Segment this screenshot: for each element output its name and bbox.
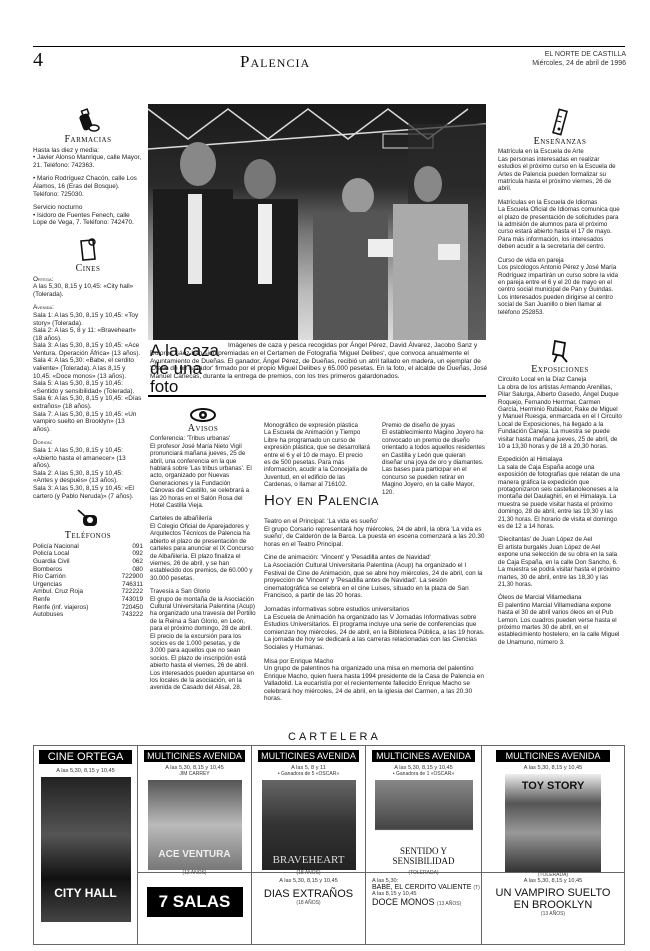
notice-body: El grupo de montaña de la Asociación Cul… [150,596,256,692]
phone-number: 062 [132,558,143,566]
notice-heading: Expedición al Himalaya [498,456,622,463]
night-service-label: Servicio nocturno [33,204,143,212]
bottom-listing: A las 5,30, 8,15 y 10,45 UN VAMPIRO SUEL… [482,873,624,944]
phone-number: 746311 [122,581,143,589]
notice-heading: Travesía a San Glorio [150,588,256,595]
section-title: Palencia [240,52,310,72]
cinema-listing: Sala 2: A las 5,30, 8,15 y 10,45: «Antes… [33,470,143,485]
phone-number: 080 [132,566,143,574]
cines-heading: Cines [33,265,143,273]
cinema-listing: A las 5,30, 8,15 y 10,45: «City hall» (T… [33,283,143,298]
phone-row: Autobuses743222 [33,611,143,619]
award-photo [148,104,486,340]
ruler-pencil-icon [498,108,622,136]
phone-number: 722900 [122,573,143,581]
farmacia-item: • Mario Rodríguez Chacón, calle Los Álam… [33,175,143,198]
showtimes: A las 5,30, 8,15 y 10,45 [252,878,365,884]
notice-heading: Matrículas en la Escuela de Idiomas [498,199,622,206]
notice-body: Las personas interesadas en realizar est… [498,156,622,193]
phone-row: Ambul. Cruz Roja722222 [33,588,143,596]
poster-note: • Ganadora de 5 «OSCAR» [252,771,365,777]
notice-body: El artista burgalés Juan López de Ael ex… [498,544,622,588]
phone-name: Renfe (inf. viajeros) [33,604,88,612]
poster-title: ACE VENTURA [148,849,242,860]
film-title: UN VAMPIRO SUELTO EN BROOKLYN [482,887,624,911]
age-rating: (18 AÑOS) [252,900,365,906]
poster-title: BRAVEHEART [262,854,356,866]
cinema-name: MULTICINES AVENIDA [144,750,246,762]
phone-name: Renfe [33,596,50,604]
notice-heading: Carteles de albañilería [150,515,256,522]
film-title: BABE, EL CERDITO VALIENTE [372,884,471,891]
event-heading: Teatro en el Principal: 'La vida es sueñ… [264,518,486,526]
phone-name: Policía Nacional [33,543,79,551]
phone-number: 743222 [122,611,143,619]
poster-note: • Ganadora de 1 «OSCAR» [366,771,481,777]
phone-name: Policía Local [33,550,69,558]
right-column: Enseñanzas Matrícula en la Escuela de Ar… [498,104,622,652]
event-heading: Misa por Enrique Macho [264,658,486,666]
event-body: Un grupo de palentinos ha organizado una… [264,665,486,703]
cinema-name: CINE ORTEGA [39,750,132,764]
phone-row: Guardia Civil062 [33,558,143,566]
phone-number: 743019 [122,596,143,604]
poster-title: TOY STORY [505,780,601,792]
poster-note: JIM CARREY [138,771,251,777]
notice-heading: Premio de diseño de joyas [382,422,486,429]
eye-icon [150,407,256,423]
event-body: El grupo Corsario representará hoy miérc… [264,526,486,549]
notice-body: El profesor José María Nieto Vigil pronu… [150,443,256,510]
exposiciones-heading: Exposiciones [498,366,622,373]
notice-body: La Escuela Oficial de Idiomas comunica q… [498,206,622,250]
notice-body: La Escuela de Animación y Tiempo Libre h… [264,429,370,488]
notice-body: El establecimiento Magino Joyero ha conv… [382,429,486,496]
age-rating: (13 AÑOS) [482,911,624,917]
hoy-column: Teatro en el Principal: 'La vida es sueñ… [264,518,486,709]
ace-ventura-poster: ACE VENTURA [148,780,242,870]
toy-story-poster: TOY STORY [505,774,601,872]
cinema-listing: Sala 1: A las 5,30, 8,15 y 10,45: «Abier… [33,447,143,470]
farmacias-intro: Hasta las diez y media: [33,147,143,155]
salas-box: 7 SALAS [138,873,252,944]
showtimes: A las 5,30, 8,15 y 10,45 [482,765,624,771]
phone-row: Bomberos080 [33,566,143,574]
photo-caption: Imágenes de caza y pesca recogidas por Á… [150,342,488,381]
avenida-listing: MULTICINES AVENIDA A las 5, 8 y 11 • Gan… [252,746,366,873]
section-rule [148,395,486,397]
pharmacy-icon [33,108,143,134]
header-rule [33,46,625,47]
city-hall-poster: CITY HALL [41,777,131,922]
event-body: La Escuela de Animación ha organizado la… [264,614,486,652]
farmacia-item: • Isidoro de Fuentes Fenech, calle Lope … [33,212,143,227]
avisos-column: Avisos Conferencia: 'Tribus urbanas'El p… [150,403,256,698]
phone-row: Urgencias746311 [33,581,143,589]
phone-row: Policía Local092 [33,550,143,558]
phone-name: Urgencias [33,581,62,589]
avenida-listing: MULTICINES AVENIDA A las 5,30, 8,15 y 10… [482,746,624,873]
notice-heading: Conferencia: 'Tribus urbanas' [150,435,256,442]
sentido-sensibilidad-poster: SENTIDO Y SENSIBILIDAD [375,780,473,870]
notice-body: La sala de Caja España acoge una exposic… [498,464,622,531]
cartelera-box: CINE ORTEGA A las 5,30, 8,15 y 10,45 CIT… [33,745,625,945]
cinema-name: MULTICINES AVENIDA [258,750,360,762]
phone-number: 092 [132,550,143,558]
cinema-listing: Sala 7: A las 5,30, 8,15 y 10,45: «Un va… [33,411,143,434]
notice-heading: Óleos de Marcial Villamediana [498,594,622,601]
ensenanzas-heading: Enseñanzas [498,138,622,145]
cinema-listing: Sala 3: A las 5,30, 8,15 y 10,45: «El ca… [33,485,143,500]
phone-name: Bomberos [33,566,62,574]
notice-heading: Circuito Local en la Díaz Caneja [498,376,622,383]
age-rating: (13 AÑOS) [437,901,461,907]
cinema-name: MULTICINES AVENIDA [496,750,610,762]
salas-label: 7 SALAS [147,887,243,917]
film-title: DIAS EXTRAÑOS [252,888,365,900]
film-title: DOCE MONOS [372,897,435,907]
cinema-listing: Sala 1: A las 5,30, 8,15 y 10,45: «Toy s… [33,312,143,327]
event-body: La Asociación Cultural Universitaria Pal… [264,562,486,600]
notice-body: El Colegio Oficial de Aparejadores y Arq… [150,523,256,582]
event-heading: Cine de animación: 'Vincent' y 'Pesadill… [264,554,486,562]
phone-list: Policía Nacional091 Policía Local092 Gua… [33,543,143,619]
avisos-heading: Avisos [150,425,256,432]
phone-row: Renfe743019 [33,596,143,604]
cinema-ticket-icon [33,237,143,263]
cinema-name: Avenida: [33,304,143,312]
phone-row: Policía Nacional091 [33,543,143,551]
publication-date: Miércoles, 24 de abril de 1996 [532,59,626,68]
telephone-icon [33,508,143,530]
telefonos-heading: Teléfonos [33,532,143,540]
phone-name: Autobuses [33,611,63,619]
avenida-listing: MULTICINES AVENIDA A las 5,30, 8,15 y 10… [366,746,482,873]
left-column: Farmacias Hasta las diez y media: • Javi… [33,104,143,619]
hoy-en-palencia-heading: Hoy en Palencia [264,492,379,509]
showtimes: A las 5,30, 8,15 y 10,45 [482,878,624,884]
notice-heading: Curso de vida en pareja [498,257,622,264]
farmacia-item: • Javier Alonso Manrique, calle Mayor, 2… [33,154,143,169]
phone-number: 091 [132,543,143,551]
phone-row: Renfe (inf. viajeros)720450 [33,604,143,612]
notice-heading: Monográfico de expresión plástica [264,422,370,429]
publication-info: EL NORTE DE CASTILLA Miércoles, 24 de ab… [532,50,626,68]
notice-body: La obra de los artistas Armando Arenilla… [498,384,622,451]
cinema-listing: Sala 3: A las 5,30, 8,15 y 10,45: «Ace V… [33,342,143,357]
cinema-name: Ortega: [33,276,143,284]
notice-body: El palentino Marcial Villamediana expone… [498,602,622,646]
poster-title: CITY HALL [41,886,131,900]
phone-name: Ambul. Cruz Roja [33,588,83,596]
ortega-listing: CINE ORTEGA A las 5,30, 8,15 y 10,45 CIT… [34,746,138,944]
cinema-name: Dorion: [33,439,143,447]
notice-heading: Matrícula en la Escuela de Arte [498,148,622,155]
easel-icon [498,338,622,364]
phone-row: Río Carrión722900 [33,573,143,581]
page-number: 4 [33,49,43,72]
poster-title: SENTIDO Y SENSIBILIDAD [375,846,473,866]
cinema-name: MULTICINES AVENIDA [372,750,476,762]
age-rating: (T) [473,885,479,891]
phone-number: 720450 [122,604,143,612]
cinema-listing: Sala 2: A las 5, 8 y 11: «Braveheart» (1… [33,327,143,342]
phone-name: Río Carrión [33,573,66,581]
note-premio-joyas: Premio de diseño de joyasEl establecimie… [382,422,486,496]
publication-name: EL NORTE DE CASTILLA [532,50,626,59]
note-monografico: Monográfico de expresión plásticaLa Escu… [264,422,370,489]
braveheart-poster: BRAVEHEART [262,780,356,870]
showtimes: A las 5,30, 8,15 y 10,45 [34,768,137,774]
cinema-listing: Sala 6: A las 5,30, 8,15 y 10,45: «Días … [33,395,143,410]
cartelera-heading: CARTELERA [288,731,381,743]
event-heading: Jornadas informativas sobre estudios uni… [264,606,486,614]
avenida-listing: MULTICINES AVENIDA A las 5,30, 8,15 y 10… [138,746,252,873]
bottom-listing: A las 5,30, 8,15 y 10,45 DIAS EXTRAÑOS (… [252,873,366,944]
phone-name: Guardia Civil [33,558,70,566]
cinema-listing: Sala 4: A las 5,30: «Babe, el cerdito va… [33,357,143,380]
phone-number: 722222 [122,588,143,596]
notice-heading: 'Diecitantas' de Juan López de Ael [498,536,622,543]
bottom-listing: A las 5,30: BABE, EL CERDITO VALIENTE (T… [366,873,482,944]
farmacias-heading: Farmacias [33,136,143,144]
cinema-listing: Sala 5: A las 5,30, 8,15 y 10,45: «Senti… [33,380,143,395]
notice-body: Los psicólogos Antonio Pérez y José Marí… [498,264,622,316]
